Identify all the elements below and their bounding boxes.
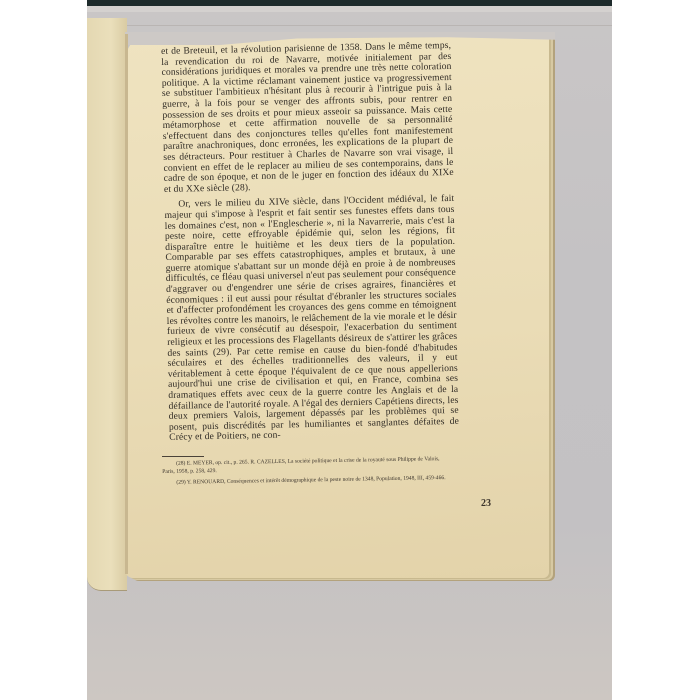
body-text: et de Breteuil, et la révolution parisie… <box>161 41 459 444</box>
photo-frame: et de Breteuil, et la révolution parisie… <box>87 0 612 700</box>
left-page-edge <box>87 18 127 591</box>
footnote-separator <box>162 456 204 457</box>
page-gutter <box>125 34 128 574</box>
paragraph-2: Or, vers le milieu du XIVe siècle, dans … <box>164 194 459 444</box>
page-number: 23 <box>481 498 491 509</box>
footnotes: (28) E. MEYER, op. cit., p. 265. R. CAZE… <box>162 455 450 487</box>
surface-line <box>87 25 612 26</box>
surface-edge <box>87 6 612 12</box>
paragraph-1: et de Breteuil, et la révolution parisie… <box>161 41 454 195</box>
